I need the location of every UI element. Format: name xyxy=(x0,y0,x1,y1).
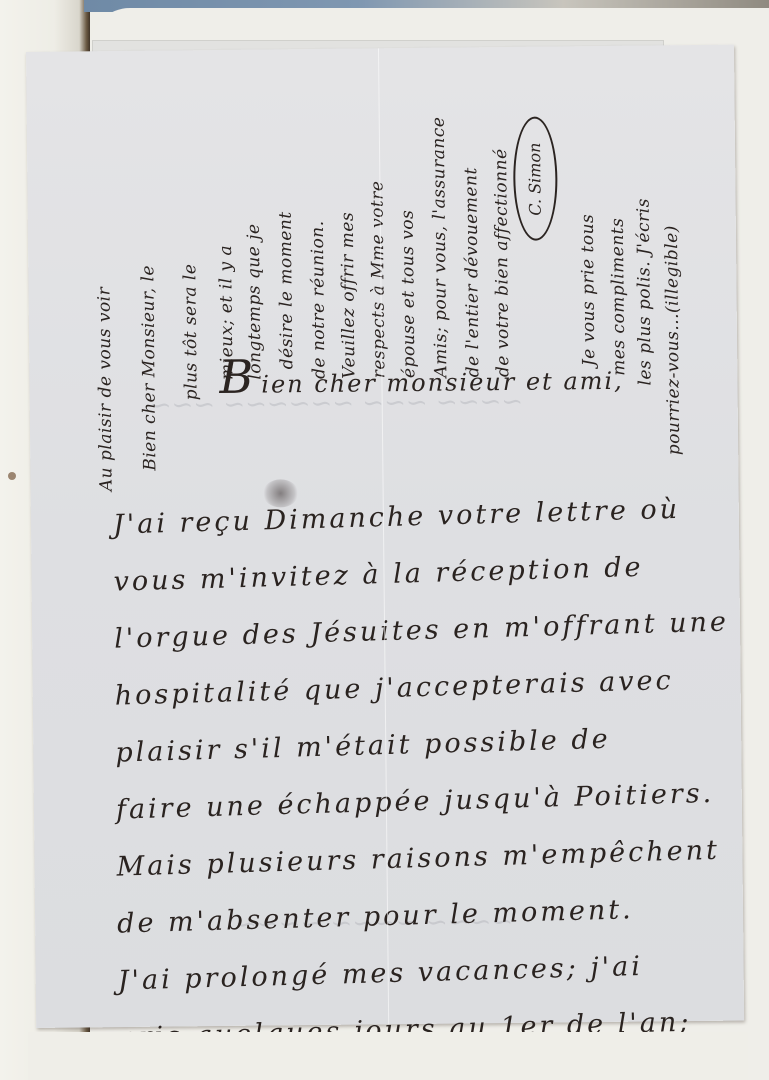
margin-line: de l'entier dévouement xyxy=(461,167,483,377)
margin-line: Amis; pour vous, l'assurance xyxy=(429,117,452,378)
signature-text: C. Simon xyxy=(525,142,545,215)
letter-sheet: ~~~~ ~~~ ~~~~~~ ~~~ ~~~~ ~~~~ ~~~~ Au pl… xyxy=(26,45,744,1028)
letter-body: J'ai reçu Dimanche votre lettre où vous … xyxy=(113,485,749,1062)
album-page-bottom xyxy=(28,1032,748,1080)
margin-line: plus tôt sera le xyxy=(180,264,201,401)
salutation-initial: B xyxy=(219,350,255,404)
margin-line-right: les plus polis. J'écris xyxy=(634,198,656,386)
margin-line: Au plaisir de vous voir xyxy=(94,287,116,492)
foxing-spot xyxy=(8,472,16,480)
margin-line: Bien cher Monsieur, le xyxy=(138,265,160,471)
margin-line-right: pourriez-vous...(illegible) xyxy=(662,225,684,455)
salutation: Bien cher monsieur et ami, xyxy=(219,346,624,404)
margin-line: désire le moment xyxy=(276,211,298,369)
margin-line: de votre bien affectionné xyxy=(491,148,513,377)
salutation-text: ien cher monsieur et ami, xyxy=(261,367,624,399)
marginal-text-block: Au plaisir de vous voir Bien cher Monsie… xyxy=(87,105,671,471)
margin-line-right: Je vous prie tous xyxy=(578,214,600,367)
